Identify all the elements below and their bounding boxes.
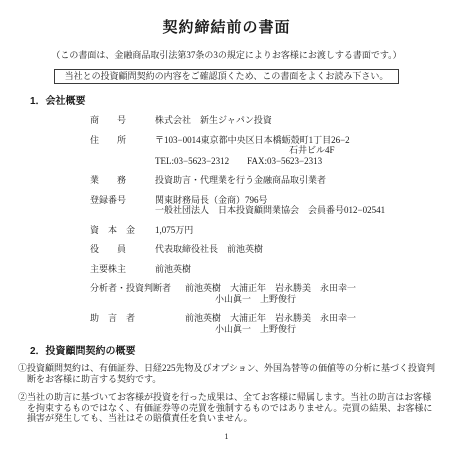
value-line: 小山眞一 上野俊行: [185, 294, 453, 305]
document-subtitle: （この書面は、金融商品取引法第37条の3の規定によりお客様にお渡しする書面です。…: [0, 50, 453, 61]
info-row-value: 株式会社 新生ジャパン投資: [155, 115, 453, 126]
info-row-value: 投資助言・代理業を行う金融商品取引業者: [155, 175, 453, 186]
info-row-address: 住 所 〒103−0014東京都中央区日本橋蛎殻町1丁目26−2 石井ビル4F …: [90, 135, 453, 167]
company-info-list: 商 号 株式会社 新生ジャパン投資 住 所 〒103−0014東京都中央区日本橋…: [90, 115, 453, 334]
info-row-registration: 登録番号 関東財務局長（金商）796号 一般社団法人 日本投資顧問業協会 会員番…: [90, 195, 453, 216]
info-row-value: 代表取締役社長 前池英樹: [155, 244, 453, 255]
info-row-label: 分析者・投資判断者: [90, 283, 185, 304]
info-row-label: 助 言 者: [90, 313, 185, 334]
paragraph-1: ①投資顧問契約は、有価証券、日経225先物及びオプション、外国為替等の価値等の分…: [18, 363, 440, 384]
info-row-analysts: 分析者・投資判断者 前池英樹 大浦正年 岩永勝美 永田幸一 小山眞一 上野俊行: [90, 283, 453, 304]
info-row-value: 関東財務局長（金商）796号 一般社団法人 日本投資顧問業協会 会員番号012−…: [155, 195, 453, 216]
info-row-value: 〒103−0014東京都中央区日本橋蛎殻町1丁目26−2 石井ビル4F TEL:…: [155, 135, 453, 167]
value-line: 前池英樹 大浦正年 岩永勝美 永田幸一: [185, 283, 453, 294]
info-row-value: 前池英樹 大浦正年 岩永勝美 永田幸一 小山眞一 上野俊行: [185, 313, 453, 334]
info-row-capital: 資 本 金 1,075万円: [90, 225, 453, 236]
page-title: 契約締結前の書面: [0, 20, 453, 36]
notice-text: 当社との投資顧問契約の内容をご確認頂くため、この書面をよくお読み下さい。: [65, 71, 389, 81]
value-line: 小山眞一 上野俊行: [185, 324, 453, 335]
value-line: 一般社団法人 日本投資顧問業協会 会員番号012−02541: [155, 205, 453, 216]
info-row-label: 住 所: [90, 135, 155, 167]
document-page: 契約締結前の書面 （この書面は、金融商品取引法第37条の3の規定によりお客様にお…: [0, 0, 453, 453]
info-row-value: 1,075万円: [155, 225, 453, 236]
info-row-label: 資 本 金: [90, 225, 155, 236]
value-line: 代表取締役社長 前池英樹: [155, 244, 453, 255]
info-row-label: 商 号: [90, 115, 155, 126]
value-line: 石井ビル4F: [155, 145, 453, 156]
value-line: 投資助言・代理業を行う金融商品取引業者: [155, 175, 453, 186]
info-row-label: 業 務: [90, 175, 155, 186]
section2-paragraphs: ①投資顧問契約は、有価証券、日経225先物及びオプション、外国為替等の価値等の分…: [18, 363, 440, 424]
page-number: 1: [0, 432, 453, 441]
info-row-label: 役 員: [90, 244, 155, 255]
section2-heading: 2．投資顧問契約の概要: [30, 346, 453, 358]
value-line: 〒103−0014東京都中央区日本橋蛎殻町1丁目26−2: [155, 135, 453, 146]
value-line: 前池英樹 大浦正年 岩永勝美 永田幸一: [185, 313, 453, 324]
info-row-major-shareholder: 主要株主 前池英樹: [90, 264, 453, 275]
info-row-value: 前池英樹: [155, 264, 453, 275]
value-line: 関東財務局長（金商）796号: [155, 195, 453, 206]
value-line: 1,075万円: [155, 225, 453, 236]
paragraph-2: ②当社の助言に基づいてお客様が投資を行った成果は、全てお客様に帰属します。当社の…: [18, 392, 440, 424]
value-line: 株式会社 新生ジャパン投資: [155, 115, 453, 126]
info-row-officers: 役 員 代表取締役社長 前池英樹: [90, 244, 453, 255]
value-line: 前池英樹: [155, 264, 453, 275]
info-row-label: 主要株主: [90, 264, 155, 275]
info-row-advisors: 助 言 者 前池英樹 大浦正年 岩永勝美 永田幸一 小山眞一 上野俊行: [90, 313, 453, 334]
info-row-label: 登録番号: [90, 195, 155, 216]
info-row-trade-name: 商 号 株式会社 新生ジャパン投資: [90, 115, 453, 126]
info-row-business: 業 務 投資助言・代理業を行う金融商品取引業者: [90, 175, 453, 186]
notice-box: 当社との投資顧問契約の内容をご確認頂くため、この書面をよくお読み下さい。: [54, 69, 399, 84]
info-row-value: 前池英樹 大浦正年 岩永勝美 永田幸一 小山眞一 上野俊行: [185, 283, 453, 304]
value-line: TEL:03−5623−2312 FAX:03−5623−2313: [155, 156, 453, 167]
section1-heading: 1．会社概要: [30, 96, 453, 108]
